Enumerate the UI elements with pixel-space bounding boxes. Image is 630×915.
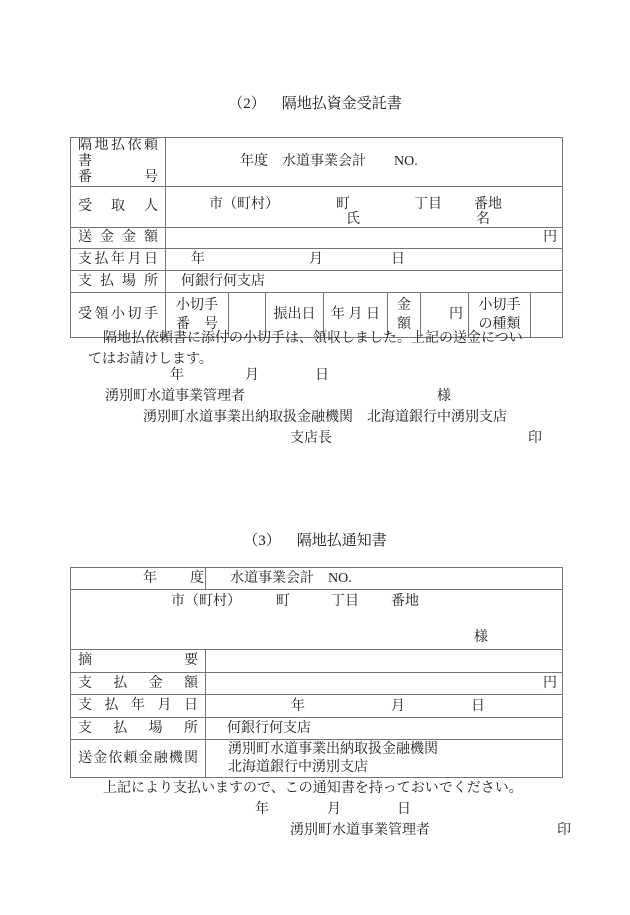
jutaku-date-month: 月 [245,368,259,384]
jutaku-date-day: 日 [315,368,329,384]
addr-chome: 丁目 [331,594,359,609]
request-no-value: 年度 水道事業会計 NO. [240,154,418,169]
paydate-label-cell: 支払年月日 [71,249,166,271]
check-amount-label-line1: 金 [388,296,420,315]
year-label-nen: 年 [143,571,157,586]
address-cell: 市（町村） 町 丁目 番地 様 [71,590,563,650]
jutaku-branch-manager: 支店長 [290,431,332,447]
tsuchi-manager: 湧別町水道事業管理者 [290,823,430,839]
tsuchi-date-year: 年 [255,802,269,818]
payee-addr-city: 市（町村） [209,197,279,212]
tsuchi-table: 年 度 水道事業会計 NO. 市（町村） 町 丁目 番地 様 摘要 支 [70,567,563,778]
payee-addr-town: 町 [336,197,350,212]
section3-number: （3） [243,532,281,550]
pay-date-year: 年 [291,699,305,714]
pay-amount-label-cell: 支払金額 [71,673,206,695]
paydate-value-cell: 年 月 日 [166,249,563,271]
pay-date-label-cell: 支払年月日 [71,695,206,718]
check-no-label-line1: 小切手 [166,296,228,315]
section3-title: （3） 隔地払通知書 [0,532,630,550]
section3-title-text: 隔地払通知書 [297,532,387,550]
check-issue-label: 振出日 [274,307,316,322]
pay-date-day: 日 [471,699,485,714]
addr-sama: 様 [474,630,488,645]
jutaku-table: 隔地払依頼書 番号 年度 水道事業会計 NO. 受取人 市（町村） 町 丁目 番… [70,137,563,338]
jutaku-manager: 湧別町水道事業管理者 [105,389,245,405]
pay-date-value-cell: 年 月 日 [206,695,563,718]
amount-unit: 円 [543,230,557,245]
payee-label: 受取人 [71,199,165,215]
tsuchi-note: 上記により支払いますので、この通知書を持っておいでください。 [103,781,523,797]
check-type-label-line1: 小切手 [469,296,530,315]
payplace-value: 何銀行何支店 [181,274,265,289]
tsuchi-seal: 印 [557,823,571,839]
document-page: （2） 隔地払資金受託書 隔地払依頼書 番号 年度 水道事業会計 NO. 受取人… [0,0,630,915]
tsuchi-date-month: 月 [327,802,341,818]
payee-value-cell: 市（町村） 町 丁目 番地 氏 名 [166,187,563,228]
bank-value-cell: 湧別町水道事業出納取扱金融機関 北海道銀行中湧別支店 [206,740,563,778]
summary-label-cell: 摘要 [71,650,206,673]
request-no-label-cell: 隔地払依頼書 番号 [71,138,166,187]
amount-value-cell: 円 [166,228,563,249]
addr-banchi: 番地 [391,594,419,609]
section2-number: （2） [228,95,266,113]
section2-title-text: 隔地払資金受託書 [282,95,402,113]
payee-addr-chome: 丁目 [414,197,442,212]
pay-place-label-cell: 支払場所 [71,718,206,740]
amount-label: 送金金額 [71,230,165,246]
check-type-field [531,293,563,338]
payee-name-mei: 名 [476,212,490,227]
summary-value-cell [206,650,563,673]
jutaku-org: 湧別町水道事業出納取扱金融機関 北海道銀行中湧別支店 [143,410,507,426]
jutaku-sama: 様 [437,389,451,405]
pay-date-month: 月 [391,699,405,714]
year-value: 水道事業会計 NO. [230,571,352,586]
bank-value-line2: 北海道銀行中湧別支店 [228,759,562,777]
check-ymd: 年 月 日 [331,307,380,322]
payplace-label: 支払場所 [71,274,165,290]
pay-date-label: 支払年月日 [71,698,205,714]
request-no-value-cell: 年度 水道事業会計 NO. [166,138,563,187]
year-label-do: 度 [190,571,204,586]
payplace-label-cell: 支払場所 [71,271,166,293]
bank-value-line1: 湧別町水道事業出納取扱金融機関 [228,741,562,759]
summary-label: 摘要 [71,653,205,669]
check-label: 受領小切手 [71,307,165,323]
payee-label-cell: 受取人 [71,187,166,228]
payee-name-shi: 氏 [346,212,360,227]
payee-addr-banchi: 番地 [474,197,502,212]
pay-place-value-cell: 何銀行何支店 [206,718,563,740]
pay-amount-unit: 円 [543,676,557,691]
year-label-cell: 年 度 [71,568,206,590]
addr-city: 市（町村） [171,594,241,609]
paydate-label: 支払年月日 [71,252,165,268]
pay-amount-label: 支払金額 [71,676,205,692]
request-no-label-line2: 番号 [71,170,165,186]
bank-label: 送金依頼金融機関 [71,751,205,767]
pay-amount-value-cell: 円 [206,673,563,695]
pay-place-label: 支払場所 [71,721,205,737]
tsuchi-date-day: 日 [397,802,411,818]
jutaku-note: 隔地払依頼書に添付の小切手は、領収しました。上記の送金についてはお請けします。 [88,328,528,370]
addr-town: 町 [276,594,290,609]
paydate-month: 月 [309,252,323,267]
bank-label-cell: 送金依頼金融機関 [71,740,206,778]
payplace-value-cell: 何銀行何支店 [166,271,563,293]
paydate-year: 年 [191,252,205,267]
request-no-label-line1: 隔地払依頼書 [71,138,165,170]
check-amount-unit: 円 [449,307,463,322]
section2-title: （2） 隔地払資金受託書 [0,95,630,113]
paydate-day: 日 [391,252,405,267]
jutaku-seal: 印 [528,431,542,447]
pay-place-value: 何銀行何支店 [227,721,311,736]
year-value-cell: 水道事業会計 NO. [206,568,563,590]
jutaku-date-year: 年 [170,368,184,384]
amount-label-cell: 送金金額 [71,228,166,249]
